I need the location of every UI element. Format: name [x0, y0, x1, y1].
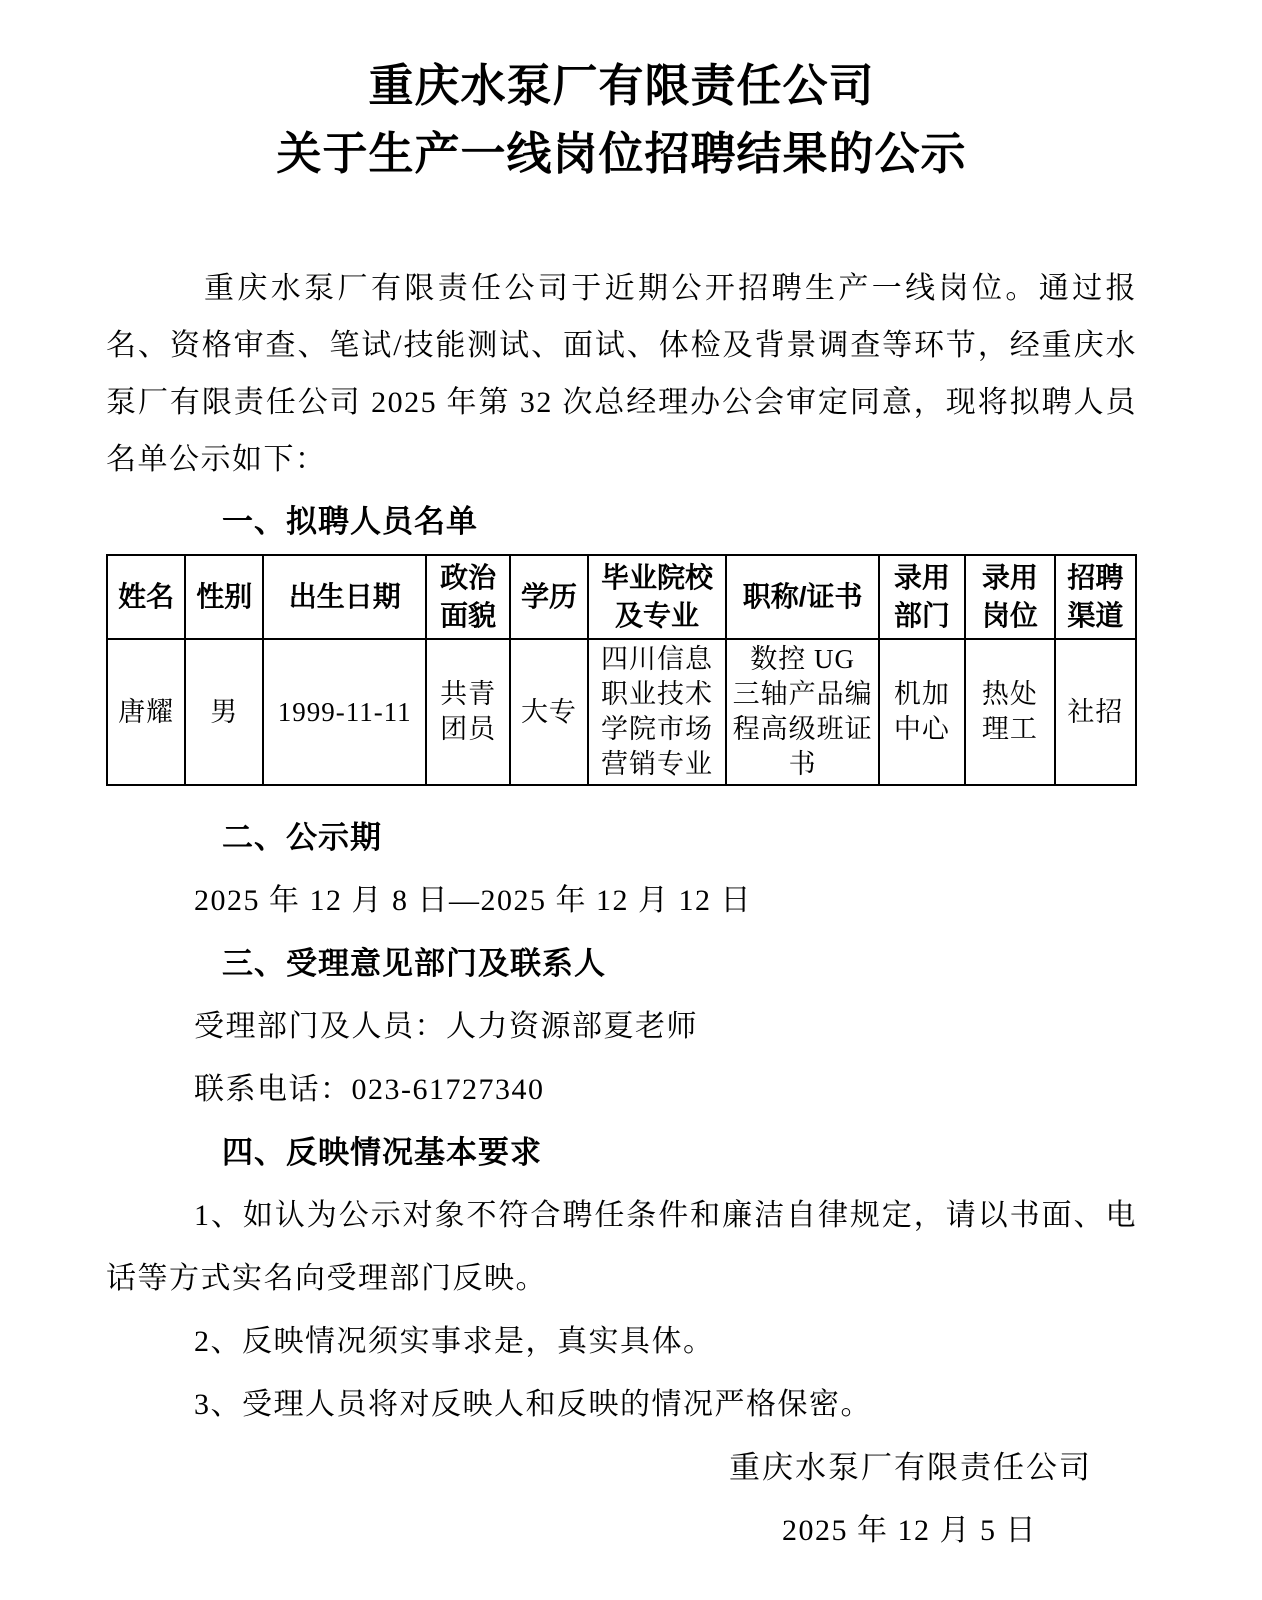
accepting-department-line: 受理部门及人员：人力资源部夏老师: [106, 995, 1137, 1058]
requirement-item-3: 3、受理人员将对反映人和反映的情况严格保密。: [106, 1373, 1137, 1436]
requirement-item-2: 2、反映情况须实事求是，真实具体。: [106, 1310, 1137, 1373]
signature-company: 重庆水泵厂有限责任公司: [106, 1436, 1137, 1499]
document-title: 重庆水泵厂有限责任公司 关于生产一线岗位招聘结果的公示: [106, 52, 1137, 188]
cell-recruitment-channel: 社招: [1055, 639, 1136, 785]
section1-heading: 一、拟聘人员名单: [106, 498, 1137, 546]
announcement-document: 重庆水泵厂有限责任公司 关于生产一线岗位招聘结果的公示 重庆水泵厂有限责任公司于…: [0, 0, 1262, 1600]
cell-school-major: 四川信息职业技术学院市场营销专业: [588, 639, 727, 785]
signature-date: 2025 年 12 月 5 日: [106, 1499, 1137, 1562]
table-header-school-major: 毕业院校及专业: [588, 555, 727, 639]
cell-gender: 男: [185, 639, 263, 785]
cell-hiring-position: 热处理工: [965, 639, 1055, 785]
table-header-birth-date: 出生日期: [263, 555, 426, 639]
cell-birth-date: 1999-11-11: [263, 639, 426, 785]
document-title-line2: 关于生产一线岗位招聘结果的公示: [106, 120, 1137, 188]
table-header-education: 学历: [510, 555, 587, 639]
table-header-political-status: 政治面貌: [426, 555, 510, 639]
cell-title-certificate: 数控 UG 三轴产品编程高级班证书: [726, 639, 878, 785]
candidate-table: 姓名 性别 出生日期 政治面貌 学历 毕业院校及专业 职称/证书 录用部门 录用…: [106, 554, 1137, 786]
cell-name: 唐耀: [107, 639, 185, 785]
intro-paragraph: 重庆水泵厂有限责任公司于近期公开招聘生产一线岗位。通过报名、资格审查、笔试/技能…: [106, 260, 1137, 488]
document-title-line1: 重庆水泵厂有限责任公司: [106, 52, 1137, 120]
table-row: 唐耀 男 1999-11-11 共青团员 大专 四川信息职业技术学院市场营销专业…: [107, 639, 1136, 785]
section2-heading: 二、公示期: [106, 806, 1137, 869]
table-header-recruitment-channel: 招聘渠道: [1055, 555, 1136, 639]
table-header-hiring-department: 录用部门: [879, 555, 965, 639]
section4-heading: 四、反映情况基本要求: [106, 1121, 1137, 1184]
table-header-row: 姓名 性别 出生日期 政治面貌 学历 毕业院校及专业 职称/证书 录用部门 录用…: [107, 555, 1136, 639]
requirement-item-1: 1、如认为公示对象不符合聘任条件和廉洁自律规定，请以书面、电话等方式实名向受理部…: [106, 1184, 1137, 1310]
section3-heading: 三、受理意见部门及联系人: [106, 932, 1137, 995]
table-header-hiring-position: 录用岗位: [965, 555, 1055, 639]
cell-political-status: 共青团员: [426, 639, 510, 785]
table-header-name: 姓名: [107, 555, 185, 639]
cell-hiring-department: 机加中心: [879, 639, 965, 785]
table-header-gender: 性别: [185, 555, 263, 639]
contact-phone-line: 联系电话：023-61727340: [106, 1058, 1137, 1121]
cell-education: 大专: [510, 639, 587, 785]
publicity-period: 2025 年 12 月 8 日—2025 年 12 月 12 日: [106, 869, 1137, 932]
table-header-title-certificate: 职称/证书: [726, 555, 878, 639]
